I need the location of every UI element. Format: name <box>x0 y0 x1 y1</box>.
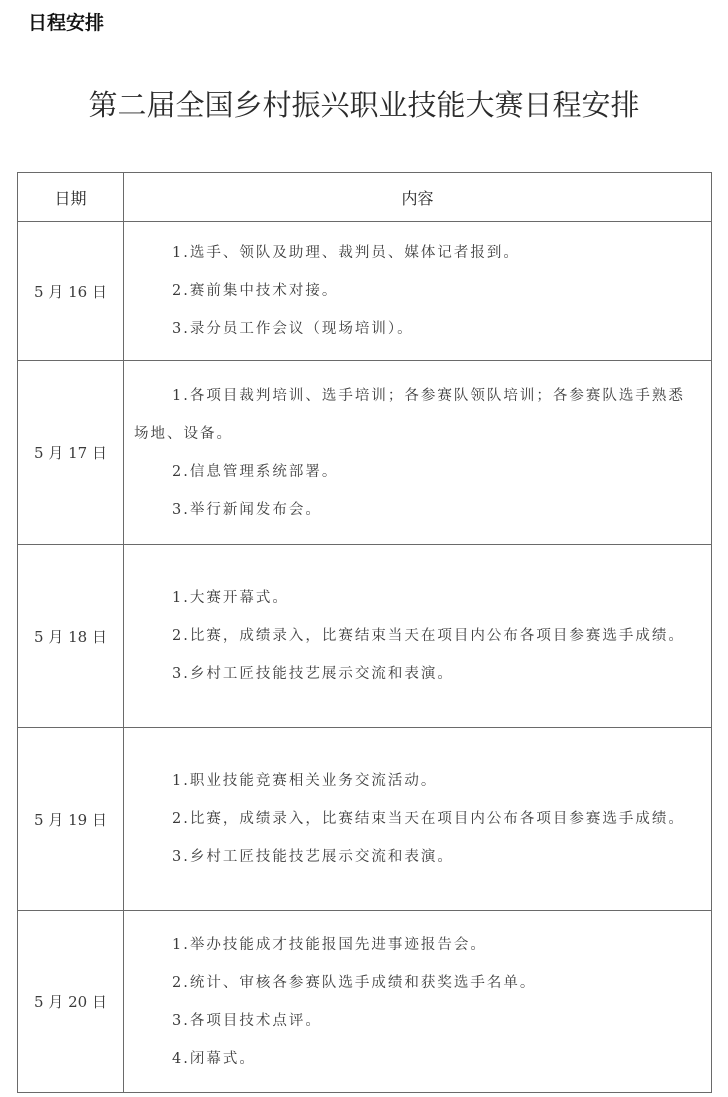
schedule-item: 4.闭幕式。 <box>134 1040 701 1078</box>
table-row: 5 月 16 日 1.选手、领队及助理、裁判员、媒体记者报到。 2.赛前集中技术… <box>18 222 712 361</box>
content-cell: 1.职业技能竞赛相关业务交流活动。 2.比赛，成绩录入，比赛结束当天在项目内公布… <box>124 728 712 911</box>
schedule-item: 2.赛前集中技术对接。 <box>134 272 701 310</box>
content-cell: 1.各项目裁判培训、选手培训；各参赛队领队培训；各参赛队选手熟悉场地、设备。 2… <box>124 361 712 545</box>
schedule-item: 2.统计、审核各参赛队选手成绩和获奖选手名单。 <box>134 964 701 1002</box>
schedule-item: 1.举办技能成才技能报国先进事迹报告会。 <box>134 926 701 964</box>
schedule-table: 日期 内容 5 月 16 日 1.选手、领队及助理、裁判员、媒体记者报到。 2.… <box>17 172 712 1093</box>
table-row: 5 月 18 日 1.大赛开幕式。 2.比赛，成绩录入，比赛结束当天在项目内公布… <box>18 545 712 728</box>
schedule-item: 2.比赛，成绩录入，比赛结束当天在项目内公布各项目参赛选手成绩。 <box>134 800 701 838</box>
schedule-item: 1.各项目裁判培训、选手培训；各参赛队领队培训；各参赛队选手熟悉场地、设备。 <box>134 377 701 453</box>
schedule-item: 3.举行新闻发布会。 <box>134 491 701 529</box>
date-cell: 5 月 17 日 <box>18 361 124 545</box>
schedule-item: 1.大赛开幕式。 <box>134 579 701 617</box>
document-title: 第二届全国乡村振兴职业技能大赛日程安排 <box>0 83 728 124</box>
section-heading: 日程安排 <box>28 8 104 35</box>
content-cell: 1.举办技能成才技能报国先进事迹报告会。 2.统计、审核各参赛队选手成绩和获奖选… <box>124 911 712 1093</box>
content-cell: 1.选手、领队及助理、裁判员、媒体记者报到。 2.赛前集中技术对接。 3.录分员… <box>124 222 712 361</box>
schedule-item: 2.信息管理系统部署。 <box>134 453 701 491</box>
schedule-item: 1.选手、领队及助理、裁判员、媒体记者报到。 <box>134 234 701 272</box>
header-content: 内容 <box>124 173 712 222</box>
table-row: 5 月 20 日 1.举办技能成才技能报国先进事迹报告会。 2.统计、审核各参赛… <box>18 911 712 1093</box>
table-header-row: 日期 内容 <box>18 173 712 222</box>
schedule-item: 1.职业技能竞赛相关业务交流活动。 <box>134 762 701 800</box>
table-row: 5 月 19 日 1.职业技能竞赛相关业务交流活动。 2.比赛，成绩录入，比赛结… <box>18 728 712 911</box>
schedule-item: 3.各项目技术点评。 <box>134 1002 701 1040</box>
date-cell: 5 月 18 日 <box>18 545 124 728</box>
date-cell: 5 月 16 日 <box>18 222 124 361</box>
schedule-item: 3.乡村工匠技能技艺展示交流和表演。 <box>134 838 701 876</box>
date-cell: 5 月 19 日 <box>18 728 124 911</box>
table-row: 5 月 17 日 1.各项目裁判培训、选手培训；各参赛队领队培训；各参赛队选手熟… <box>18 361 712 545</box>
schedule-item: 2.比赛，成绩录入，比赛结束当天在项目内公布各项目参赛选手成绩。 <box>134 617 701 655</box>
schedule-item: 3.乡村工匠技能技艺展示交流和表演。 <box>134 655 701 693</box>
schedule-item: 3.录分员工作会议（现场培训）。 <box>134 310 701 348</box>
header-date: 日期 <box>18 173 124 222</box>
content-cell: 1.大赛开幕式。 2.比赛，成绩录入，比赛结束当天在项目内公布各项目参赛选手成绩… <box>124 545 712 728</box>
date-cell: 5 月 20 日 <box>18 911 124 1093</box>
